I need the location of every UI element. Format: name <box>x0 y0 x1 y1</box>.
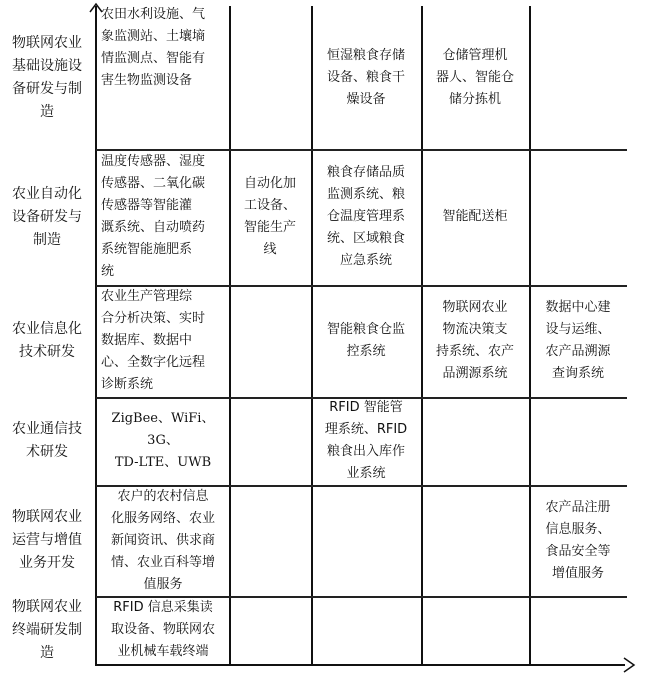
cell: 智能粮食仓监 控系统 <box>311 285 421 397</box>
cell: 恒湿粮食存储 设备、粮食干 燥设备 <box>311 6 421 149</box>
cell: 物联网农业 物流决策支 持系统、农产 品溯源系统 <box>421 285 529 397</box>
cell: 粮食存储品质 监测系统、粮 仓温度管理系 统、区域粮食 应急系统 <box>311 149 421 285</box>
row-label: 农业通信技 术研发 <box>2 397 92 485</box>
cell: 农产品注册 信息服务、 食品安全等 增值服务 <box>529 485 627 596</box>
cell: 农业生产管理综 合分析决策、实时 数据库、数据中 心、全数字化远程 诊断系统 <box>97 285 229 397</box>
cell: 农户的农村信息 化服务网络、农业 新闻资讯、供求商 情、农业百科等增 值服务 <box>97 485 229 596</box>
cell: ZigBee、WiFi、3G、 TD-LTE、UWB <box>97 397 229 485</box>
cell: 自动化加 工设备、 智能生产 线 <box>229 149 311 285</box>
grid-vline <box>229 6 231 665</box>
row-label: 物联网农业 终端研发制 造 <box>2 596 92 664</box>
cell: 数据中心建 设与运维、 农产品溯源 查询系统 <box>529 285 627 397</box>
cell: 仓储管理机 器人、智能仓 储分拣机 <box>421 6 529 149</box>
cell: 温度传感器、湿度 传感器、二氧化碳 传感器等智能灌 溉系统、自动喷药 系统智能施… <box>97 149 229 285</box>
arrow-right-icon <box>622 657 638 673</box>
cell: RFID 信息采集读 取设备、物联网农 业机械车载终端 <box>97 596 229 664</box>
cell: RFID 智能管 理系统、RFID 粮食出入库作 业系统 <box>311 397 421 485</box>
cell: 智能配送柜 <box>421 149 529 285</box>
cell: 农田水利设施、气 象监测站、土壤墒 情监测点、智能有 害生物监测设备 <box>97 4 229 100</box>
row-label: 农业自动化 设备研发与 制造 <box>2 149 92 285</box>
row-label: 农业信息化 技术研发 <box>2 285 92 397</box>
x-axis <box>95 664 625 666</box>
row-label: 物联网农业 运营与增值 业务开发 <box>2 485 92 596</box>
